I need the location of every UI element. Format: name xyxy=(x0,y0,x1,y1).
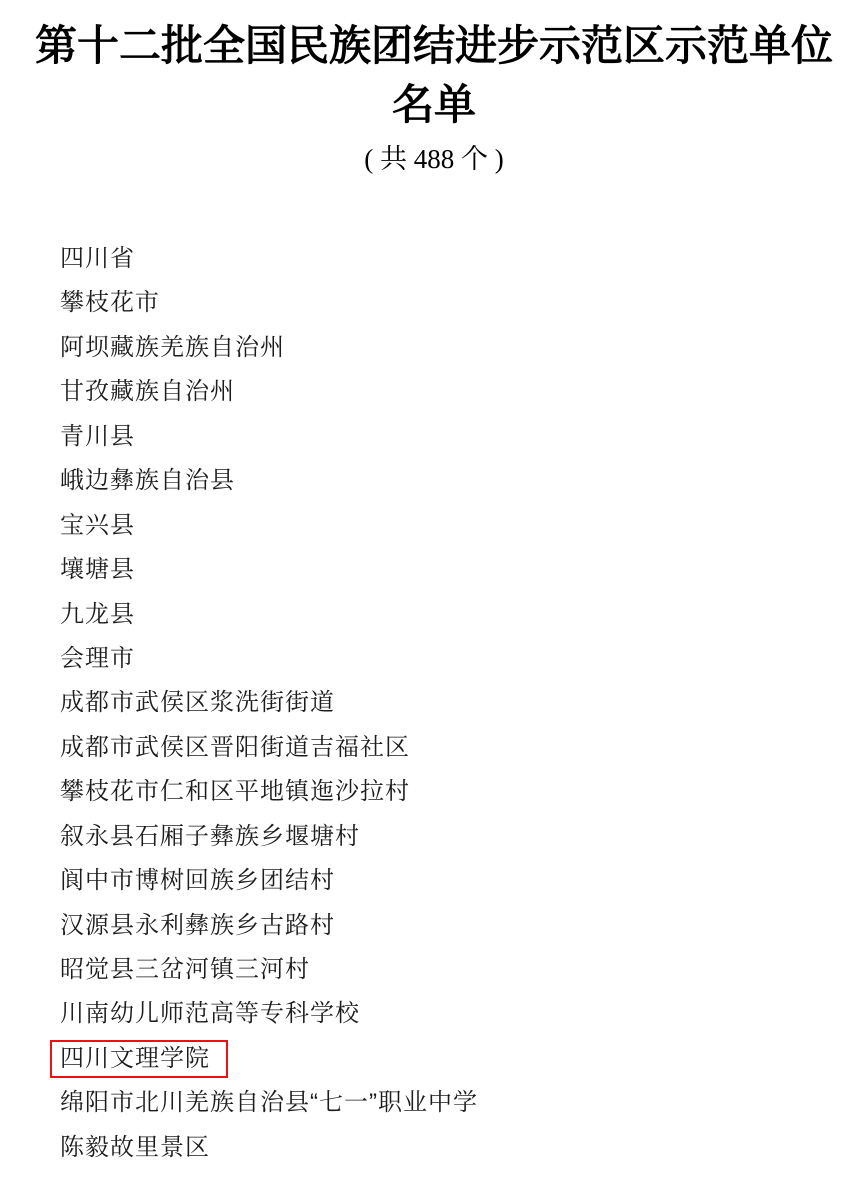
item-text: 青川县 xyxy=(60,423,135,450)
list-item: 四川省 xyxy=(60,237,838,281)
highlighted-item-text: 四川文理学院 xyxy=(50,1040,228,1078)
item-text: 壤塘县 xyxy=(60,556,135,583)
list-item: 成都市武侯区晋阳街道吉福社区 xyxy=(60,726,838,770)
list-item: 宝兴县 xyxy=(60,504,838,548)
item-text: 宝兴县 xyxy=(60,512,135,539)
list-item: 川南幼儿师范高等专科学校 xyxy=(60,992,838,1036)
list-item: 阆中市博树回族乡团结村 xyxy=(60,859,838,903)
item-text: 阿坝藏族羌族自治州 xyxy=(60,334,285,361)
item-text: 四川省 xyxy=(60,245,135,272)
item-text: 阆中市博树回族乡团结村 xyxy=(60,867,335,894)
list-item: 阿坝藏族羌族自治州 xyxy=(60,326,838,370)
item-text: 峨边彝族自治县 xyxy=(60,467,235,494)
list-item: 甘孜藏族自治州 xyxy=(60,370,838,414)
item-text: 叙永县石厢子彝族乡堰塘村 xyxy=(60,823,360,850)
document-page: 第十二批全国民族团结进步示范区示范单位 名单 ( 共 488 个 ) 四川省攀枝… xyxy=(0,0,868,1190)
item-text: 成都市武侯区晋阳街道吉福社区 xyxy=(60,734,410,761)
list-item: 峨边彝族自治县 xyxy=(60,459,838,503)
item-text: 绵阳市北川羌族自治县“七一”职业中学 xyxy=(60,1089,478,1116)
item-text: 九龙县 xyxy=(60,601,135,628)
list-item: 汉源县永利彝族乡古路村 xyxy=(60,904,838,948)
item-text: 汉源县永利彝族乡古路村 xyxy=(60,912,335,939)
item-text: 攀枝花市仁和区平地镇迤沙拉村 xyxy=(60,778,410,805)
list-item: 叙永县石厢子彝族乡堰塘村 xyxy=(60,815,838,859)
page-subtitle: ( 共 488 个 ) xyxy=(0,141,868,177)
item-text: 攀枝花市 xyxy=(60,289,160,316)
list-item: 绵阳市北川羌族自治县“七一”职业中学 xyxy=(60,1081,838,1125)
list-item: 壤塘县 xyxy=(60,548,838,592)
item-text: 川南幼儿师范高等专科学校 xyxy=(60,1000,360,1027)
list-item: 陈毅故里景区 xyxy=(60,1126,838,1170)
page-title-line1: 第十二批全国民族团结进步示范区示范单位 xyxy=(35,24,833,70)
list-item: 昭觉县三岔河镇三河村 xyxy=(60,948,838,992)
list-item: 攀枝花市仁和区平地镇迤沙拉村 xyxy=(60,770,838,814)
item-text: 昭觉县三岔河镇三河村 xyxy=(60,956,310,983)
list-item: 九龙县 xyxy=(60,593,838,637)
item-text: 成都市武侯区浆洗街街道 xyxy=(60,689,335,716)
list-item: 成都市武侯区浆洗街街道 xyxy=(60,681,838,725)
unit-list: 四川省攀枝花市阿坝藏族羌族自治州甘孜藏族自治州青川县峨边彝族自治县宝兴县壤塘县九… xyxy=(60,237,838,1170)
list-item: 会理市 xyxy=(60,637,838,681)
list-item: 四川文理学院 xyxy=(60,1037,838,1081)
item-text: 会理市 xyxy=(60,645,135,672)
item-text: 甘孜藏族自治州 xyxy=(60,378,235,405)
list-item: 攀枝花市 xyxy=(60,281,838,325)
page-title-line2: 名单 xyxy=(392,83,476,129)
page-title: 第十二批全国民族团结进步示范区示范单位 名单 xyxy=(0,18,868,136)
list-item: 青川县 xyxy=(60,415,838,459)
item-text: 陈毅故里景区 xyxy=(60,1134,210,1161)
